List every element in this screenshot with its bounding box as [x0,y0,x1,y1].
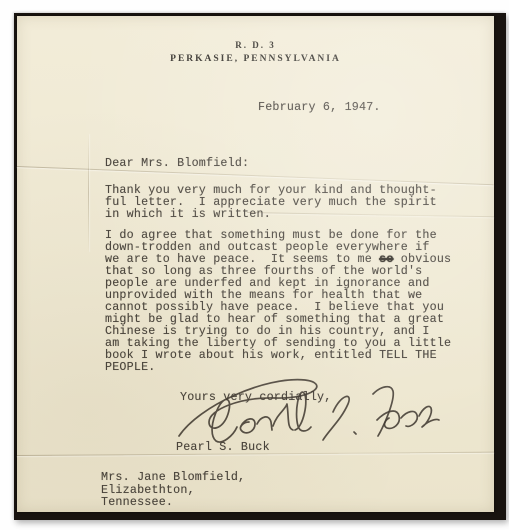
paragraph-2: I do agree that something must be done f… [105,229,451,373]
scan-photo: R. D. 3 PERKASIE, PENNSYLVANIA February … [14,13,506,520]
typed-signature: Pearl S. Buck [176,441,270,453]
recipient-address: Mrs. Jane Blomfield, Elizabethton, Tenne… [101,471,245,509]
letterhead-rd3: R. D. 3 [17,40,494,50]
screenshot-root: R. D. 3 PERKASIE, PENNSYLVANIA February … [0,0,509,530]
letterhead-city-state: PERKASIE, PENNSYLVANIA [17,54,494,64]
letter-paper: R. D. 3 PERKASIE, PENNSYLVANIA February … [17,16,494,512]
paragraph-1: Thank you very much for your kind and th… [105,184,437,220]
fold-crease-vertical [88,134,89,252]
salutation: Dear Mrs. Blomfield: [105,157,249,169]
letterhead: R. D. 3 PERKASIE, PENNSYLVANIA [17,40,494,64]
paragraph-2-text-after: obvious that so long as three fourths of… [105,252,451,374]
date-line: February 6, 1947. [258,101,381,113]
